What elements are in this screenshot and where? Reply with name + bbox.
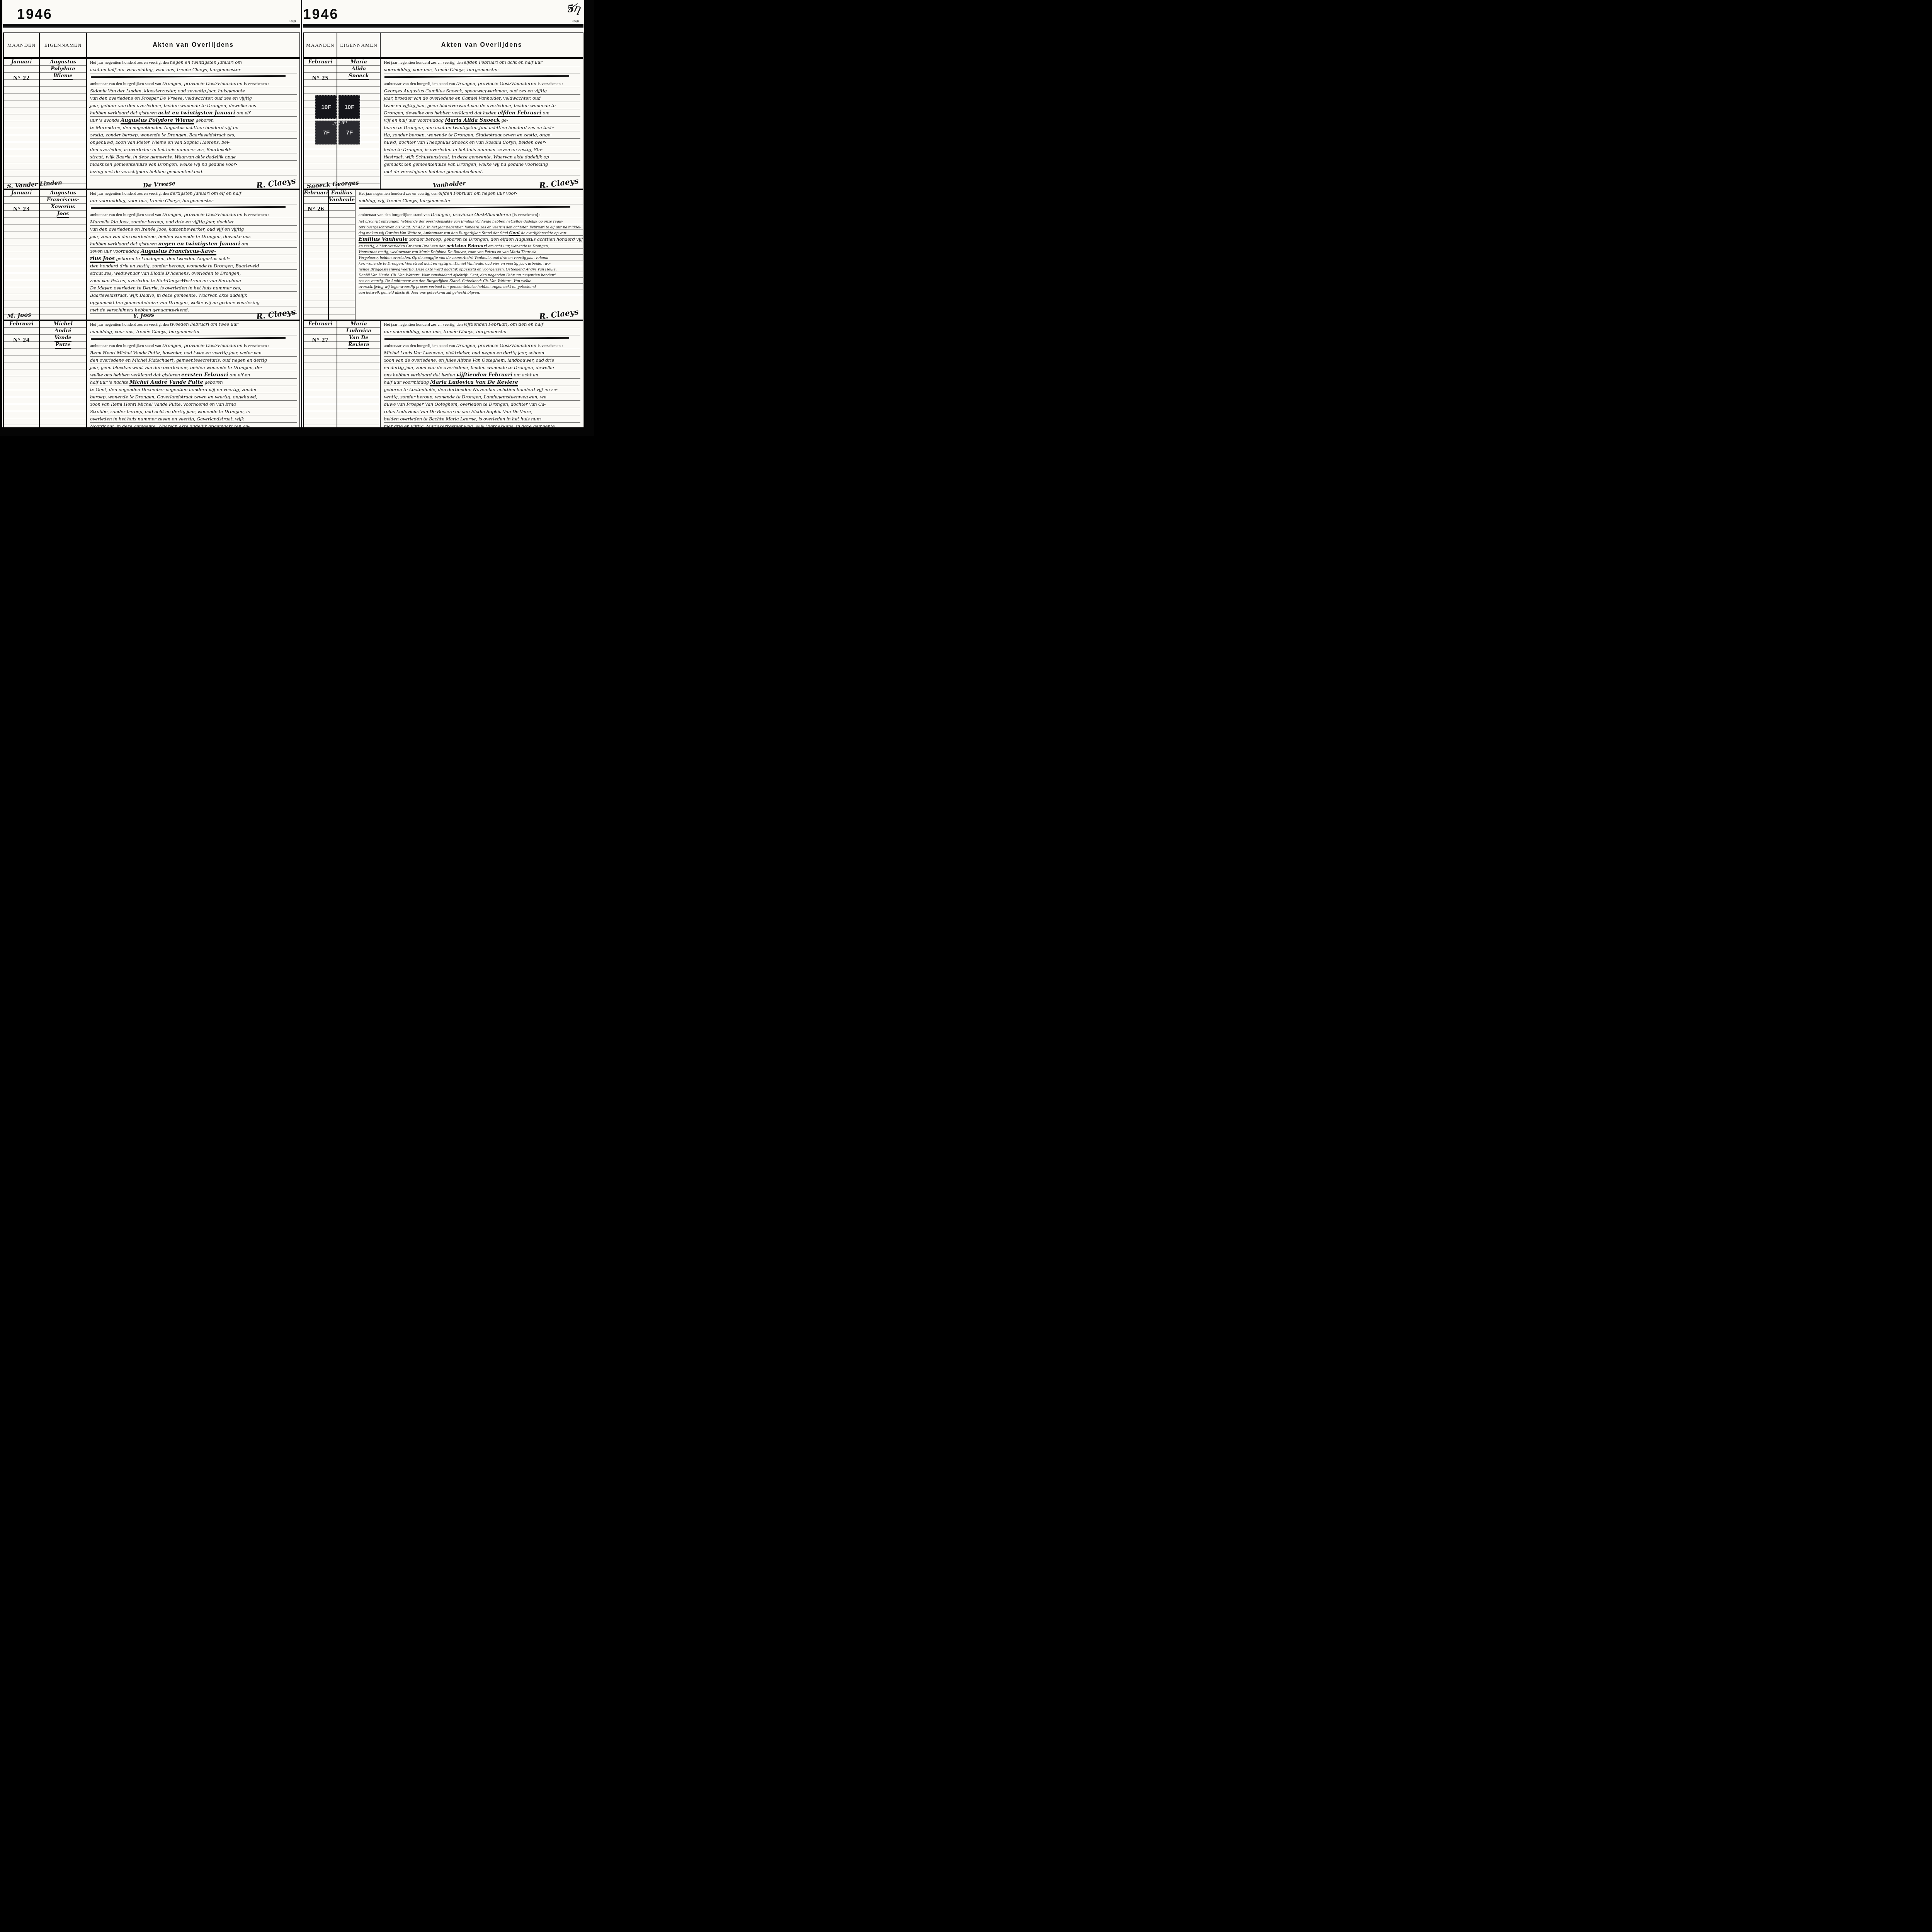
act-text-line: rolus Ludovicus Van De Reviere en van El… bbox=[384, 408, 580, 415]
signature: Y. Joos bbox=[133, 311, 155, 320]
handwritten-text: van den overledene en Prosper De Vreese,… bbox=[90, 95, 252, 101]
handwritten-text: twee en vijftig jaar, geen bloedverwant … bbox=[384, 103, 555, 108]
handwritten-text: geboren bbox=[203, 379, 223, 385]
handwritten-text: Vergelaere, beiden overleden. Op de aang… bbox=[359, 256, 549, 260]
handwritten-text: namiddag, voor ons, Irenée Claeys, burge… bbox=[90, 329, 200, 334]
deceased-name-line: Emilius bbox=[329, 190, 355, 197]
signature: R. Claeys bbox=[539, 307, 579, 321]
act-text-line: Michel Louis Van Leeuwen, elektrieker, o… bbox=[384, 349, 580, 357]
handwritten-text: ventig, zonder beroep, wonende te Dronge… bbox=[384, 394, 548, 400]
emphasized-handwriting: Gent bbox=[509, 231, 520, 236]
act-text-line: jaar, gebuur van den overledene, beiden … bbox=[90, 102, 297, 109]
printed-text: is verschenen : bbox=[244, 213, 269, 217]
act-text-line: Emilius Vanheule zonder beroep, geboren … bbox=[359, 236, 583, 243]
handwritten-text: half uur 's nachts bbox=[90, 379, 129, 385]
handwritten-text: hebben verklaard dat gisteren bbox=[90, 241, 158, 247]
deceased-name-line: Augustus bbox=[40, 190, 86, 197]
act-text-line: beroep, wonende te Drongen, Gaverlandstr… bbox=[90, 393, 297, 401]
emphasized-handwriting: Augustus Polydore Wieme bbox=[121, 117, 194, 124]
header-rule bbox=[3, 24, 300, 27]
act-text-line: hebben verklaard dat gisteren acht en tw… bbox=[90, 109, 297, 117]
act-text-line: Het jaar negentien honderd zes en veerti… bbox=[384, 59, 580, 66]
handwritten-text: hebben verklaard dat gisteren bbox=[90, 110, 158, 116]
act-text-line: tien honderd drie en zestig, zonder bero… bbox=[90, 262, 297, 270]
deceased-name-line: Joos bbox=[40, 211, 86, 218]
handwritten-text: te Merendree, den negentienden Augustus … bbox=[90, 125, 238, 130]
act-text-cell: Het jaar negentien honderd zes en veerti… bbox=[355, 190, 583, 320]
record-number: N° 25 bbox=[304, 75, 337, 82]
handwritten-text: den overledene en Michel Platschaert, ge… bbox=[90, 357, 267, 363]
record-number: N° 27 bbox=[304, 337, 337, 344]
printed-text: is verschenen : bbox=[537, 82, 563, 86]
handwritten-text: overschrijving wij tegenwoordig proces-v… bbox=[359, 285, 536, 289]
handwritten-text: tig, zonder beroep, wonende te Drongen, … bbox=[384, 132, 551, 138]
act-text-line: De Meyer, overleden te Deurle, is overle… bbox=[90, 284, 297, 292]
ink-divider-rule bbox=[91, 337, 286, 340]
record-month: Februari bbox=[304, 59, 337, 65]
handwritten-text: van den overledene en Irenée Joos, katoe… bbox=[90, 226, 244, 232]
handwritten-text: straat zes, weduwnaar van Elodie D'haene… bbox=[90, 270, 241, 276]
handwritten-text: uur voormiddag, voor ons, Irenée Claeys,… bbox=[384, 329, 507, 334]
handwritten-text: overleden in het huis nummer zeven en ve… bbox=[90, 416, 244, 422]
act-text-line: voormiddag, voor ons, Irenée Claeys, bur… bbox=[384, 66, 580, 73]
year-heading: 1946 bbox=[17, 6, 53, 22]
deceased-surname: Putte bbox=[55, 342, 71, 349]
act-text-line: te Gent, den negenden December negentien… bbox=[90, 386, 297, 393]
printed-text: ambtenaar van den burgerlijken stand van bbox=[384, 82, 456, 86]
handwritten-text: de overlijdensakte op van: bbox=[520, 231, 567, 235]
deceased-surname: Van De bbox=[349, 335, 369, 342]
deceased-name-line: Ludovica bbox=[337, 328, 380, 335]
handwritten-text: en dertig jaar, zoon van de overledene, … bbox=[384, 365, 554, 370]
deceased-surname: Vanheule bbox=[329, 197, 355, 204]
act-text-line: gemaakt ten gemeentehuize van Drongen, w… bbox=[384, 161, 580, 168]
death-record-row: JanuariN° 23AugustusFranciscus-XaveriusJ… bbox=[4, 190, 299, 321]
handwritten-text: geboren bbox=[194, 117, 214, 123]
emphasized-handwriting: Maria Alida Snoeck bbox=[445, 117, 500, 124]
death-record-row: FebruariN° 26EmiliusVanheuleHet jaar neg… bbox=[304, 190, 583, 321]
records-container-right: FebruariN° 25MariaAlidaSnoeckHet jaar ne… bbox=[304, 59, 583, 427]
signature: R. Claeys bbox=[256, 307, 296, 321]
handwritten-text: elfden Februari om negen uur voor- bbox=[439, 190, 517, 196]
column-header-acts: Akten van Overlijdens bbox=[381, 33, 583, 57]
act-text-line: en zestig, alhier overleden Groenen Brie… bbox=[359, 243, 583, 249]
header-rule-thin bbox=[303, 27, 583, 28]
record-names-cell: MariaLudovicaVan DeReviere bbox=[337, 321, 381, 427]
act-text-line: ters overgeschreven als volgt: N° 452. I… bbox=[359, 224, 583, 230]
act-text-line: Georges Augustus Camillus Snoeck, spoorw… bbox=[384, 87, 580, 95]
act-text-line: aan hetwelk gemeld afschrift door ons ge… bbox=[359, 289, 583, 295]
revenue-stamp: 10F bbox=[315, 95, 337, 119]
deceased-name-line: Maria bbox=[337, 321, 380, 328]
act-text-line: ambtenaar van den burgerlijken stand van… bbox=[90, 80, 297, 87]
handwritten-text: Drongen, provincie Oost-Vlaanderen bbox=[456, 343, 537, 348]
act-text-line: namiddag, voor ons, Irenée Claeys, burge… bbox=[90, 328, 297, 335]
printed-text: [is verschenen] : bbox=[512, 213, 541, 217]
column-header-names: EIGENNAMEN bbox=[337, 33, 381, 57]
act-text-line: te Merendree, den negentienden Augustus … bbox=[90, 124, 297, 131]
header-rule-thin bbox=[3, 27, 300, 28]
handwritten-text: voormiddag, voor ons, Irenée Claeys, bur… bbox=[384, 67, 498, 72]
act-text-line: Drongen, dewelke ons hebben verklaard da… bbox=[384, 109, 580, 117]
handwritten-text: lezing met de verschijners hebben genaam… bbox=[90, 169, 204, 174]
handwritten-text: boren te Drongen, den acht en twintigste… bbox=[384, 125, 554, 130]
emphasized-handwriting: Emilius Vanheule bbox=[359, 236, 408, 243]
act-text-line: Sidonie Van der Linden, kloosterzuster, … bbox=[90, 87, 297, 95]
handwritten-text: De Meyer, overleden te Deurle, is overle… bbox=[90, 285, 241, 291]
column-header-names: EIGENNAMEN bbox=[40, 33, 87, 57]
handwritten-text: nende Bruggesteenweg veertig. Deze akte … bbox=[359, 267, 556, 272]
deceased-name-line: Putte bbox=[40, 342, 86, 349]
act-text-line: Noordhout, in deze gemeente. Waarvan akt… bbox=[90, 423, 297, 427]
ink-divider-rule bbox=[91, 75, 286, 78]
deceased-name-line: Polydore bbox=[40, 66, 86, 73]
act-text-line: geboren te Lootenhulle, den dertienden N… bbox=[384, 386, 580, 393]
handwritten-text: zonder beroep, geboren te Drongen, den e… bbox=[408, 236, 583, 242]
emphasized-handwriting: eersten Februari bbox=[181, 372, 228, 379]
record-month: Februari bbox=[304, 190, 328, 196]
handwritten-text: Drongen, provincie Oost-Vlaanderen bbox=[162, 343, 244, 348]
record-month: Januari bbox=[4, 59, 39, 65]
act-text-line: Het jaar negentien honderd zes en veerti… bbox=[90, 190, 297, 197]
handwritten-text: Veerstraat zestig, weduwnaar van Maria D… bbox=[359, 250, 536, 254]
record-month-cell: JanuariN° 23 bbox=[4, 190, 40, 320]
scanned-register-spread: 1946 4469 MAANDEN EIGENNAMEN Akten van O… bbox=[0, 0, 594, 436]
act-text-line: middag, wij, Irenée Claeys, burgemeester bbox=[359, 197, 583, 204]
record-names-cell: AugustusPolydoreWieme bbox=[40, 59, 87, 189]
deceased-name-line: Michel bbox=[40, 321, 86, 328]
handwritten-text: jaar, zoon van den overledene, beiden wo… bbox=[90, 234, 250, 239]
handwritten-text: Remi Henri Michel Vande Putte, hovenier,… bbox=[90, 350, 262, 355]
stamp-value: 10F bbox=[321, 104, 332, 111]
ink-divider-rule bbox=[91, 206, 286, 209]
deceased-surname: Wieme bbox=[53, 73, 73, 80]
scan-edge-right bbox=[584, 0, 594, 436]
register-page-right: 1946 5 ⁄ƞ 4460 MAANDEN EIGENNAMEN Akten … bbox=[301, 0, 584, 427]
handwritten-text: en zestig, alhier overleden Groenen Brie… bbox=[359, 244, 447, 248]
signatures-row: S. Vander LindenDe VreeseR. Claeys bbox=[7, 175, 296, 188]
handwritten-text: om elf bbox=[235, 110, 250, 116]
act-text-line: welke ons hebben verklaard dat gisteren … bbox=[90, 371, 297, 379]
act-text-line: tiestraat, wijk Schuytenstraat, in deze … bbox=[384, 153, 580, 161]
printed-text: ambtenaar van den burgerlijken stand van bbox=[359, 213, 431, 217]
record-month-cell: FebruariN° 26 bbox=[304, 190, 328, 320]
signature: M. Joos bbox=[7, 311, 31, 320]
act-text-line: zes en veertig. De Ambtenaar van den Bur… bbox=[359, 278, 583, 284]
emphasized-handwriting: Michel André Vande Putte bbox=[129, 379, 203, 386]
printed-text: is verschenen : bbox=[537, 344, 563, 348]
act-text-line: leden te Drongen, is overleden in het hu… bbox=[384, 146, 580, 153]
handwritten-text: ongehuwd, zoon van Pieter Wieme en van S… bbox=[90, 139, 230, 145]
act-text-line: van den overledene en Irenée Joos, katoe… bbox=[90, 226, 297, 233]
emphasized-handwriting: Maria Ludovica Van De Reviere bbox=[430, 379, 518, 386]
emphasized-handwriting: rius Joos bbox=[90, 256, 115, 263]
signature: R. Claeys bbox=[539, 176, 579, 190]
act-text-line: jaar, zoon van den overledene, beiden wo… bbox=[90, 233, 297, 240]
deceased-surname: Reviere bbox=[348, 342, 369, 349]
act-text-line: Remi Henri Michel Vande Putte, hovenier,… bbox=[90, 349, 297, 357]
handwritten-text: aan hetwelk gemeld afschrift door ons ge… bbox=[359, 291, 480, 295]
death-record-row: FebruariN° 24MichelAndréVandePutteHet ja… bbox=[4, 321, 299, 427]
act-text-cell: Het jaar negentien honderd zes en veerti… bbox=[381, 59, 583, 189]
record-names-cell: MichelAndréVandePutte bbox=[40, 321, 87, 427]
handwritten-text: geboren te Landegem, den tweeden Augustu… bbox=[115, 256, 230, 261]
handwritten-text: vijf en half uur voormiddag bbox=[384, 117, 445, 123]
record-month: Januari bbox=[4, 190, 39, 196]
printed-text: is verschenen : bbox=[244, 82, 269, 86]
table-header-row: MAANDEN EIGENNAMEN Akten van Overlijdens bbox=[304, 33, 583, 59]
handwritten-text: tweeden Februari om twee uur bbox=[170, 321, 238, 327]
printed-text: ambtenaar van den burgerlijken stand van bbox=[90, 213, 162, 217]
act-text-line: duwe van Prosper Van Ooteghem, overleden… bbox=[384, 401, 580, 408]
handwritten-text: jaar, broeder van de overledene en Camie… bbox=[384, 95, 541, 101]
printed-text: Het jaar negentien honderd zes en veerti… bbox=[384, 322, 464, 327]
handwritten-text: zes en veertig. De Ambtenaar van den Bur… bbox=[359, 279, 531, 283]
records-container-left: JanuariN° 22AugustusPolydoreWiemeHet jaa… bbox=[4, 59, 299, 427]
act-text-line: nende Bruggesteenweg veertig. Deze akte … bbox=[359, 266, 583, 272]
record-month-cell: JanuariN° 22 bbox=[4, 59, 40, 189]
handwritten-text: dertigsten Januari om elf en half bbox=[170, 190, 241, 196]
signature: Vanholder bbox=[432, 180, 466, 189]
handwritten-text: om bbox=[240, 241, 248, 247]
handwritten-text: half uur voormiddag bbox=[384, 379, 430, 385]
act-text-line: ambtenaar van den burgerlijken stand van… bbox=[384, 80, 580, 87]
handwritten-text: leden te Drongen, is overleden in het hu… bbox=[384, 147, 543, 152]
printed-text: Het jaar negentien honderd zes en veerti… bbox=[90, 60, 170, 65]
act-text-line: Het jaar negentien honderd zes en veerti… bbox=[90, 321, 297, 328]
handwritten-text: Drongen, dewelke ons hebben verklaard da… bbox=[384, 110, 498, 116]
handwritten-text: Sidonie Van der Linden, kloosterzuster, … bbox=[90, 88, 245, 94]
act-text-line: uur 's avonds Augustus Polydore Wieme ge… bbox=[90, 117, 297, 124]
death-record-row: FebruariN° 27MariaLudovicaVan DeReviereH… bbox=[304, 321, 583, 427]
deceased-surname: Joos bbox=[57, 211, 69, 218]
deceased-name-line: Alida bbox=[337, 66, 380, 73]
act-text-line: mer drie en vijftig, Mariakerkesteenweg,… bbox=[384, 423, 580, 427]
deceased-name-line: Franciscus- bbox=[40, 197, 86, 204]
handwritten-text: om elf en bbox=[228, 372, 250, 378]
handwritten-text: ker, wonende te Drongen, Veerstraat acht… bbox=[359, 262, 551, 266]
handwritten-text: rolus Ludovicus Van De Reviere en van El… bbox=[384, 409, 532, 414]
deceased-surname: Vande bbox=[54, 335, 71, 342]
record-number: N° 22 bbox=[4, 75, 39, 82]
act-text-line: Het jaar negentien honderd zes en veerti… bbox=[359, 190, 583, 197]
handwritten-text: zoon van Remi Henri Michel Vande Putte, … bbox=[90, 401, 236, 407]
act-text-line: dag maken wij Carolus Van Wettere, Ambte… bbox=[359, 230, 583, 236]
act-text-line: ambtenaar van den burgerlijken stand van… bbox=[90, 342, 297, 349]
act-text-cell: Het jaar negentien honderd zes en veerti… bbox=[87, 321, 299, 427]
act-text-line: zoon van Remi Henri Michel Vande Putte, … bbox=[90, 401, 297, 408]
act-text-line: half uur 's nachts Michel André Vande Pu… bbox=[90, 379, 297, 386]
act-text-line: huwd, dochter van Theophilus Snoeck en v… bbox=[384, 139, 580, 146]
act-text-line: straat, wijk Baarle, in deze gemeente. W… bbox=[90, 153, 297, 161]
year-heading: 1946 bbox=[303, 6, 338, 22]
handwritten-text: jaar, geen bloedverwant van den overlede… bbox=[90, 365, 262, 370]
signature: R. Claeys bbox=[256, 176, 296, 190]
handwritten-text: om acht en bbox=[512, 372, 538, 378]
act-text-line: overleden in het huis nummer zeven en ve… bbox=[90, 415, 297, 423]
header-rule bbox=[303, 24, 583, 27]
handwritten-text: Drongen, provincie Oost-Vlaanderen bbox=[162, 212, 244, 217]
act-text-cell: Het jaar negentien honderd zes en veerti… bbox=[381, 321, 583, 427]
handwritten-text: tiestraat, wijk Schuytenstraat, in deze … bbox=[384, 154, 550, 160]
ink-divider-rule bbox=[359, 206, 570, 209]
handwritten-text: ge- bbox=[500, 117, 508, 123]
act-text-line: ongehuwd, zoon van Pieter Wieme en van S… bbox=[90, 139, 297, 146]
form-number: 4469 bbox=[289, 19, 296, 23]
handwritten-text: Georges Augustus Camillus Snoeck, spoorw… bbox=[384, 88, 547, 94]
handwritten-text: welke ons hebben verklaard dat gisteren bbox=[90, 372, 181, 378]
record-number: N° 24 bbox=[4, 337, 39, 344]
record-month-cell: FebruariN° 24 bbox=[4, 321, 40, 427]
handwritten-text: Michel Louis Van Leeuwen, elektrieker, o… bbox=[384, 350, 545, 355]
scan-edge-artifact bbox=[0, 0, 2, 46]
printed-text: is verschenen : bbox=[244, 344, 269, 348]
act-text-line: Baarleveldstraat, wijk Baarle, in deze g… bbox=[90, 292, 297, 299]
emphasized-handwriting: vijftienden Februari bbox=[456, 372, 512, 379]
handwritten-text: gemaakt ten gemeentehuize van Drongen, w… bbox=[384, 162, 548, 167]
handwritten-text: maakt ten gemeentehuize van Drongen, wel… bbox=[90, 162, 237, 167]
emphasized-handwriting: negen en twintigsten Januari bbox=[158, 241, 240, 248]
act-text-line: jaar, broeder van de overledene en Camie… bbox=[384, 95, 580, 102]
handwritten-text: met de verschijners hebben genaamteekend… bbox=[384, 169, 483, 174]
handwritten-text: elfden Februari om acht en half uur bbox=[464, 60, 542, 65]
ink-divider-rule bbox=[384, 337, 569, 340]
handwritten-text: te Gent, den negenden December negentien… bbox=[90, 387, 257, 392]
register-table-right: MAANDEN EIGENNAMEN Akten van Overlijdens… bbox=[303, 32, 583, 427]
printed-text: Het jaar negentien honderd zes en veerti… bbox=[90, 191, 170, 196]
stamp-value: 7F bbox=[346, 129, 353, 136]
act-text-line: ambtenaar van den burgerlijken stand van… bbox=[90, 211, 297, 218]
death-record-row: FebruariN° 25MariaAlidaSnoeckHet jaar ne… bbox=[304, 59, 583, 190]
handwritten-text: negen en twintigsten Januari om bbox=[170, 60, 242, 65]
act-text-line: Vergelaere, beiden overleden. Op de aang… bbox=[359, 255, 583, 260]
ink-divider-rule bbox=[384, 75, 569, 78]
act-text-line: vijf en half uur voormiddag Maria Alida … bbox=[384, 117, 580, 124]
act-text-line: maakt ten gemeentehuize van Drongen, wel… bbox=[90, 161, 297, 168]
table-header-row: MAANDEN EIGENNAMEN Akten van Overlijdens bbox=[4, 33, 299, 59]
record-month: Februari bbox=[4, 321, 39, 327]
handwritten-text: opgemaakt ten gemeentehuize van Drongen,… bbox=[90, 300, 260, 305]
record-names-cell: AugustusFranciscus-XaveriusJoos bbox=[40, 190, 87, 320]
act-text-line: ventig, zonder beroep, wonende te Dronge… bbox=[384, 393, 580, 401]
handwritten-text: Noordhout, in deze gemeente. Waarvan akt… bbox=[90, 423, 250, 427]
record-number: N° 26 bbox=[304, 206, 328, 213]
revenue-stamp: 10F bbox=[338, 95, 360, 119]
printed-text: ambtenaar van den burgerlijken stand van bbox=[384, 344, 456, 348]
handwritten-text: jaar, gebuur van den overledene, beiden … bbox=[90, 103, 256, 108]
printed-text: Het jaar negentien honderd zes en veerti… bbox=[359, 191, 439, 196]
handwritten-text: straat, wijk Baarle, in deze gemeente. W… bbox=[90, 154, 237, 160]
printed-text: ambtenaar van den burgerlijken stand van bbox=[90, 82, 162, 86]
act-text-line: Strobbe, zonder beroep, oud acht en dert… bbox=[90, 408, 297, 415]
act-text-line: ambtenaar van den burgerlijken stand van… bbox=[384, 342, 580, 349]
death-record-row: JanuariN° 22AugustusPolydoreWiemeHet jaa… bbox=[4, 59, 299, 190]
deceased-surname: Snoeck bbox=[349, 73, 369, 80]
printed-text: Het jaar negentien honderd zes en veerti… bbox=[384, 60, 464, 65]
act-text-line: den overleden, is overleden in het huis … bbox=[90, 146, 297, 153]
act-text-line: van den overledene en Prosper De Vreese,… bbox=[90, 95, 297, 102]
act-text-cell: Het jaar negentien honderd zes en veerti… bbox=[87, 190, 299, 320]
deceased-name-line: Xaverius bbox=[40, 204, 86, 211]
handwritten-text: om acht uur, wonende te Drongen, bbox=[487, 244, 549, 248]
deceased-name-line: Vande bbox=[40, 335, 86, 342]
act-text-line: tig, zonder beroep, wonende te Drongen, … bbox=[384, 131, 580, 139]
handwritten-text: zoon van de overledene, en Jules Alfons … bbox=[384, 357, 554, 363]
emphasized-handwriting: Augustus Franciscus-Xave- bbox=[141, 248, 216, 255]
register-table-left: MAANDEN EIGENNAMEN Akten van Overlijdens… bbox=[3, 32, 300, 427]
act-text-line: twee en vijftig jaar, geen bloedverwant … bbox=[384, 102, 580, 109]
deceased-name-line: Snoeck bbox=[337, 73, 380, 80]
stamp-value: 10F bbox=[345, 104, 355, 111]
emphasized-handwriting: achtsten Februari bbox=[447, 244, 487, 249]
handwritten-text: het afschrift ontvangen hebbende der ove… bbox=[359, 219, 563, 224]
act-text-line: uur voormiddag, voor ons, Irenée Claeys,… bbox=[384, 328, 580, 335]
deceased-name-line: Vanheule bbox=[329, 197, 355, 204]
revenue-stamps: 10F10F7F7F-7.2.46 bbox=[315, 95, 362, 145]
deceased-name-line: Van De bbox=[337, 335, 380, 342]
handwritten-text: den overleden, is overleden in het huis … bbox=[90, 147, 231, 152]
act-text-line: beiden overleden te Bachte-Maria-Leerne,… bbox=[384, 415, 580, 423]
handwritten-text: geboren te Lootenhulle, den dertienden N… bbox=[384, 387, 557, 392]
handwritten-text: tien honderd drie en zestig, zonder bero… bbox=[90, 263, 260, 269]
scan-edge-bottom bbox=[0, 427, 594, 436]
act-text-line: rius Joos geboren te Landegem, den tweed… bbox=[90, 255, 297, 262]
act-text-line: uur voormiddag, voor ons, Irenée Claeys,… bbox=[90, 197, 297, 204]
handwritten-text: zoon van Petrus, overleden te Sint-Denys… bbox=[90, 278, 241, 283]
deceased-name-line: Augustus bbox=[40, 59, 86, 66]
handwritten-text: Drongen, provincie Oost-Vlaanderen bbox=[162, 81, 244, 86]
act-text-line: Veerstraat zestig, weduwnaar van Maria D… bbox=[359, 249, 583, 255]
handwritten-text: middag, wij, Irenée Claeys, burgemeester bbox=[359, 198, 451, 203]
act-text-line: zestig, zonder beroep, wonende te Dronge… bbox=[90, 131, 297, 139]
printed-text: ambtenaar van den burgerlijken stand van bbox=[90, 344, 162, 348]
record-month: Februari bbox=[304, 321, 337, 327]
handwritten-text: Drongen, provincie Oost-Vlaanderen bbox=[456, 81, 537, 86]
printed-text: Het jaar negentien honderd zes en veerti… bbox=[90, 322, 170, 327]
handwritten-text: zestig, zonder beroep, wonende te Dronge… bbox=[90, 132, 235, 138]
record-names-cell: EmiliusVanheule bbox=[329, 190, 355, 320]
record-number: N° 23 bbox=[4, 206, 39, 213]
act-text-line: den overledene en Michel Platschaert, ge… bbox=[90, 357, 297, 364]
signatures-row: M. JoosY. JoosR. Claeys bbox=[7, 306, 296, 319]
act-text-line: straat zes, weduwnaar van Elodie D'haene… bbox=[90, 270, 297, 277]
act-text-line: jaar, geen bloedverwant van den overlede… bbox=[90, 364, 297, 371]
handwritten-text: ons hebben verklaard dat heden bbox=[384, 372, 456, 378]
column-header-month: MAANDEN bbox=[304, 33, 337, 57]
handwritten-text: Marcella Ida Joos, zonder beroep, oud dr… bbox=[90, 219, 234, 224]
emphasized-handwriting: elfden Februari bbox=[498, 110, 541, 117]
column-header-month: MAANDEN bbox=[4, 33, 40, 57]
page-header-left: 1946 4469 bbox=[2, 0, 301, 24]
handwritten-text: beroep, wonende te Drongen, Gaverlandstr… bbox=[90, 394, 257, 400]
handwritten-text: uur 's avonds bbox=[90, 117, 121, 123]
handwritten-text: om bbox=[541, 110, 549, 116]
handwritten-text: Daniël Van Heule. Ch. Van Wettere. Voor … bbox=[359, 273, 556, 277]
deceased-name-line: Wieme bbox=[40, 73, 86, 80]
handwritten-text: beiden overleden te Bachte-Maria-Leerne,… bbox=[384, 416, 542, 422]
page-header-right: 1946 5 ⁄ƞ 4460 bbox=[302, 0, 584, 24]
signature: De Vreese bbox=[143, 180, 175, 189]
act-text-line: hebben verklaard dat gisteren negen en t… bbox=[90, 240, 297, 248]
handwritten-text: uur voormiddag, voor ons, Irenée Claeys,… bbox=[90, 198, 213, 203]
act-text-cell: Het jaar negentien honderd zes en veerti… bbox=[87, 59, 299, 189]
form-number: 4460 bbox=[572, 19, 579, 23]
signatures-row: R. Claeys bbox=[307, 306, 579, 319]
handwritten-text: Strobbe, zonder beroep, oud acht en dert… bbox=[90, 409, 250, 414]
act-text-line: ambtenaar van den burgerlijken stand van… bbox=[359, 211, 583, 218]
record-month-cell: FebruariN° 27 bbox=[304, 321, 337, 427]
act-text-line: zoon van de overledene, en Jules Alfons … bbox=[384, 357, 580, 364]
